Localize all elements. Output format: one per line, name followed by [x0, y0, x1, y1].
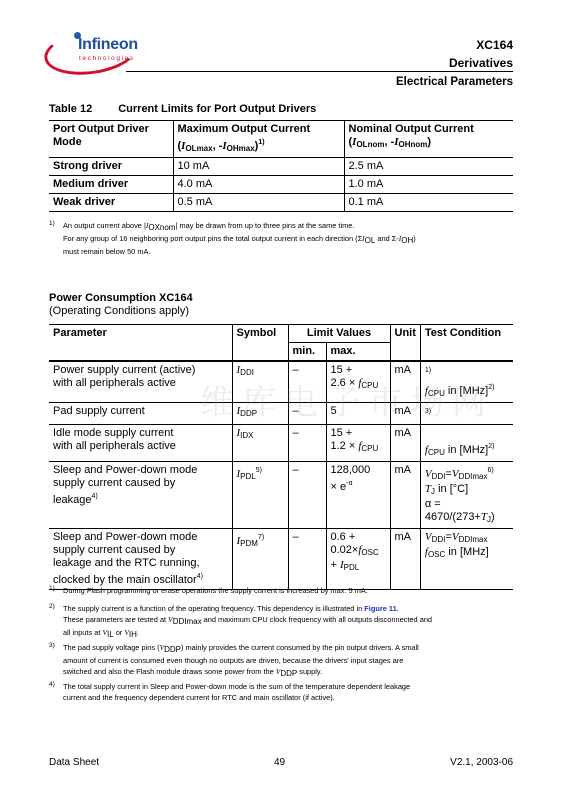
table-row: Idle mode supply currentwith all periphe… [49, 425, 513, 462]
header-limit-values: Limit Values [288, 325, 390, 343]
product-name: XC164 [449, 36, 513, 54]
logo-name: Infineon [78, 36, 138, 54]
header-min: min. [288, 343, 326, 361]
document-header-title: XC164 Derivatives [449, 36, 513, 72]
product-subtitle: Derivatives [449, 54, 513, 72]
table-header-row: Parameter Symbol Limit Values Unit Test … [49, 325, 513, 343]
header-parameter: Parameter [49, 325, 232, 361]
table-row: Strong driver 10 mA 2.5 mA [49, 158, 513, 176]
table-row: Sleep and Power-down modesupply current … [49, 529, 513, 590]
header-max-current: Maximum Output Current (IOLmax, -IOHmax)… [173, 121, 344, 158]
table12-caption: Table 12Current Limits for Port Output D… [49, 103, 316, 115]
footer-doc-type: Data Sheet [49, 757, 99, 768]
footnote-2: 2) The supply current is a function of t… [49, 603, 513, 640]
table12-footnote: 1) An output current above |IOXnom| may … [49, 220, 513, 257]
infineon-logo: Infineon technologies [44, 24, 136, 72]
header-test-condition: Test Condition [420, 325, 513, 361]
port-output-drivers-table: Port Output Driver Mode Maximum Output C… [49, 120, 513, 212]
footnote-ref: 1) [425, 367, 431, 374]
header-unit: Unit [390, 325, 420, 361]
header-max: max. [326, 343, 390, 361]
table12-title: Current Limits for Port Output Drivers [118, 103, 316, 115]
footnote-ref: 3) [425, 408, 431, 415]
footer-version: V2.1, 2003-06 [450, 757, 513, 768]
footnote-4: 4) The total supply current in Sleep and… [49, 681, 513, 703]
footnote-1: 1) During Flash programming or erase ope… [49, 585, 513, 596]
power-consumption-title: Power Consumption XC164 [49, 292, 193, 304]
table12-label: Table 12 [49, 103, 92, 115]
table-header-row: Port Output Driver Mode Maximum Output C… [49, 121, 513, 158]
header-symbol: Symbol [232, 325, 288, 361]
table-row: Power supply current (active)with all pe… [49, 362, 513, 403]
header-nominal-current: Nominal Output Current (IOLnom, -IOHnom) [344, 121, 513, 158]
logo-subtitle: technologies [79, 55, 135, 62]
section-title: Electrical Parameters [396, 76, 513, 88]
power-consumption-table: Parameter Symbol Limit Values Unit Test … [49, 324, 513, 590]
figure-11-link[interactable]: Figure 11 [364, 604, 396, 613]
table-row: Sleep and Power-down modesupply current … [49, 462, 513, 529]
header-rule [126, 71, 513, 72]
footnote-ref: 1) [258, 139, 264, 146]
header-mode: Port Output Driver Mode [49, 121, 173, 158]
footnote-3: 3) The pad supply voltage pins (VDDP) ma… [49, 642, 513, 679]
footer-page-number: 49 [274, 757, 285, 768]
table-row: Pad supply current IDDP – 5 mA 3) [49, 403, 513, 425]
power-consumption-subtitle: (Operating Conditions apply) [49, 305, 189, 317]
table-row: Medium driver 4.0 mA 1.0 mA [49, 176, 513, 194]
table-row: Weak driver 0.5 mA 0.1 mA [49, 194, 513, 212]
